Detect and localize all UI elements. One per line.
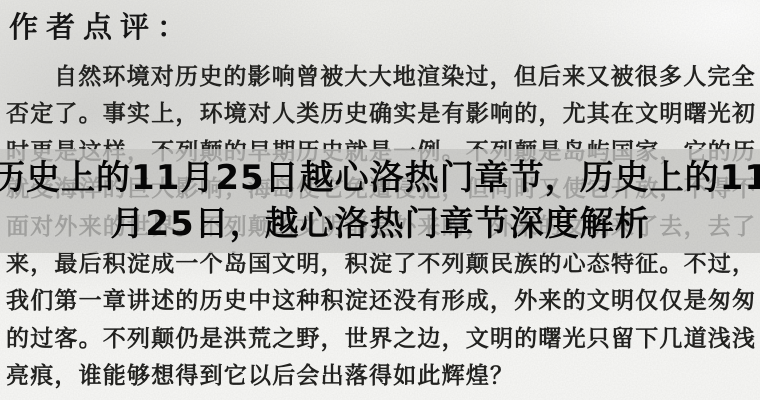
- paragraph-line: 我们第一章讲述的历史中这种积淀还没有形成，外来的文明仅仅是匆匆: [6, 282, 756, 319]
- paragraph-line: 自然环境对历史的影响曾被大大地渲染过，但后来又被很多人完全: [6, 58, 756, 95]
- paragraph-line: 的过客。不列颠仍是洪荒之野，世界之边，文明的曙光只留下几道浅浅的: [6, 320, 756, 357]
- paragraph-line: 否定了。事实上，环境对人类历史确实是有影响的，尤其在文明曙光初露: [6, 95, 756, 132]
- scanned-document-page: 作者点评： 自然环境对历史的影响曾被大大地渲染过，但后来又被很多人完全 否定了。…: [0, 0, 760, 400]
- title-overlay-banner: 历史上的11月25日越心洛热门章节，历史上的11 月25日，越心洛热门章节深度解…: [0, 149, 760, 253]
- overlay-title-line-1: 历史上的11月25日越心洛热门章节，历史上的11: [0, 155, 760, 201]
- author-commentary-heading: 作者点评：: [9, 5, 194, 46]
- paragraph-line: 亮痕，谁能够想得到它以后会出落得如此辉煌？: [6, 357, 756, 394]
- overlay-title-line-2: 月25日，越心洛热门章节深度解析: [110, 201, 649, 247]
